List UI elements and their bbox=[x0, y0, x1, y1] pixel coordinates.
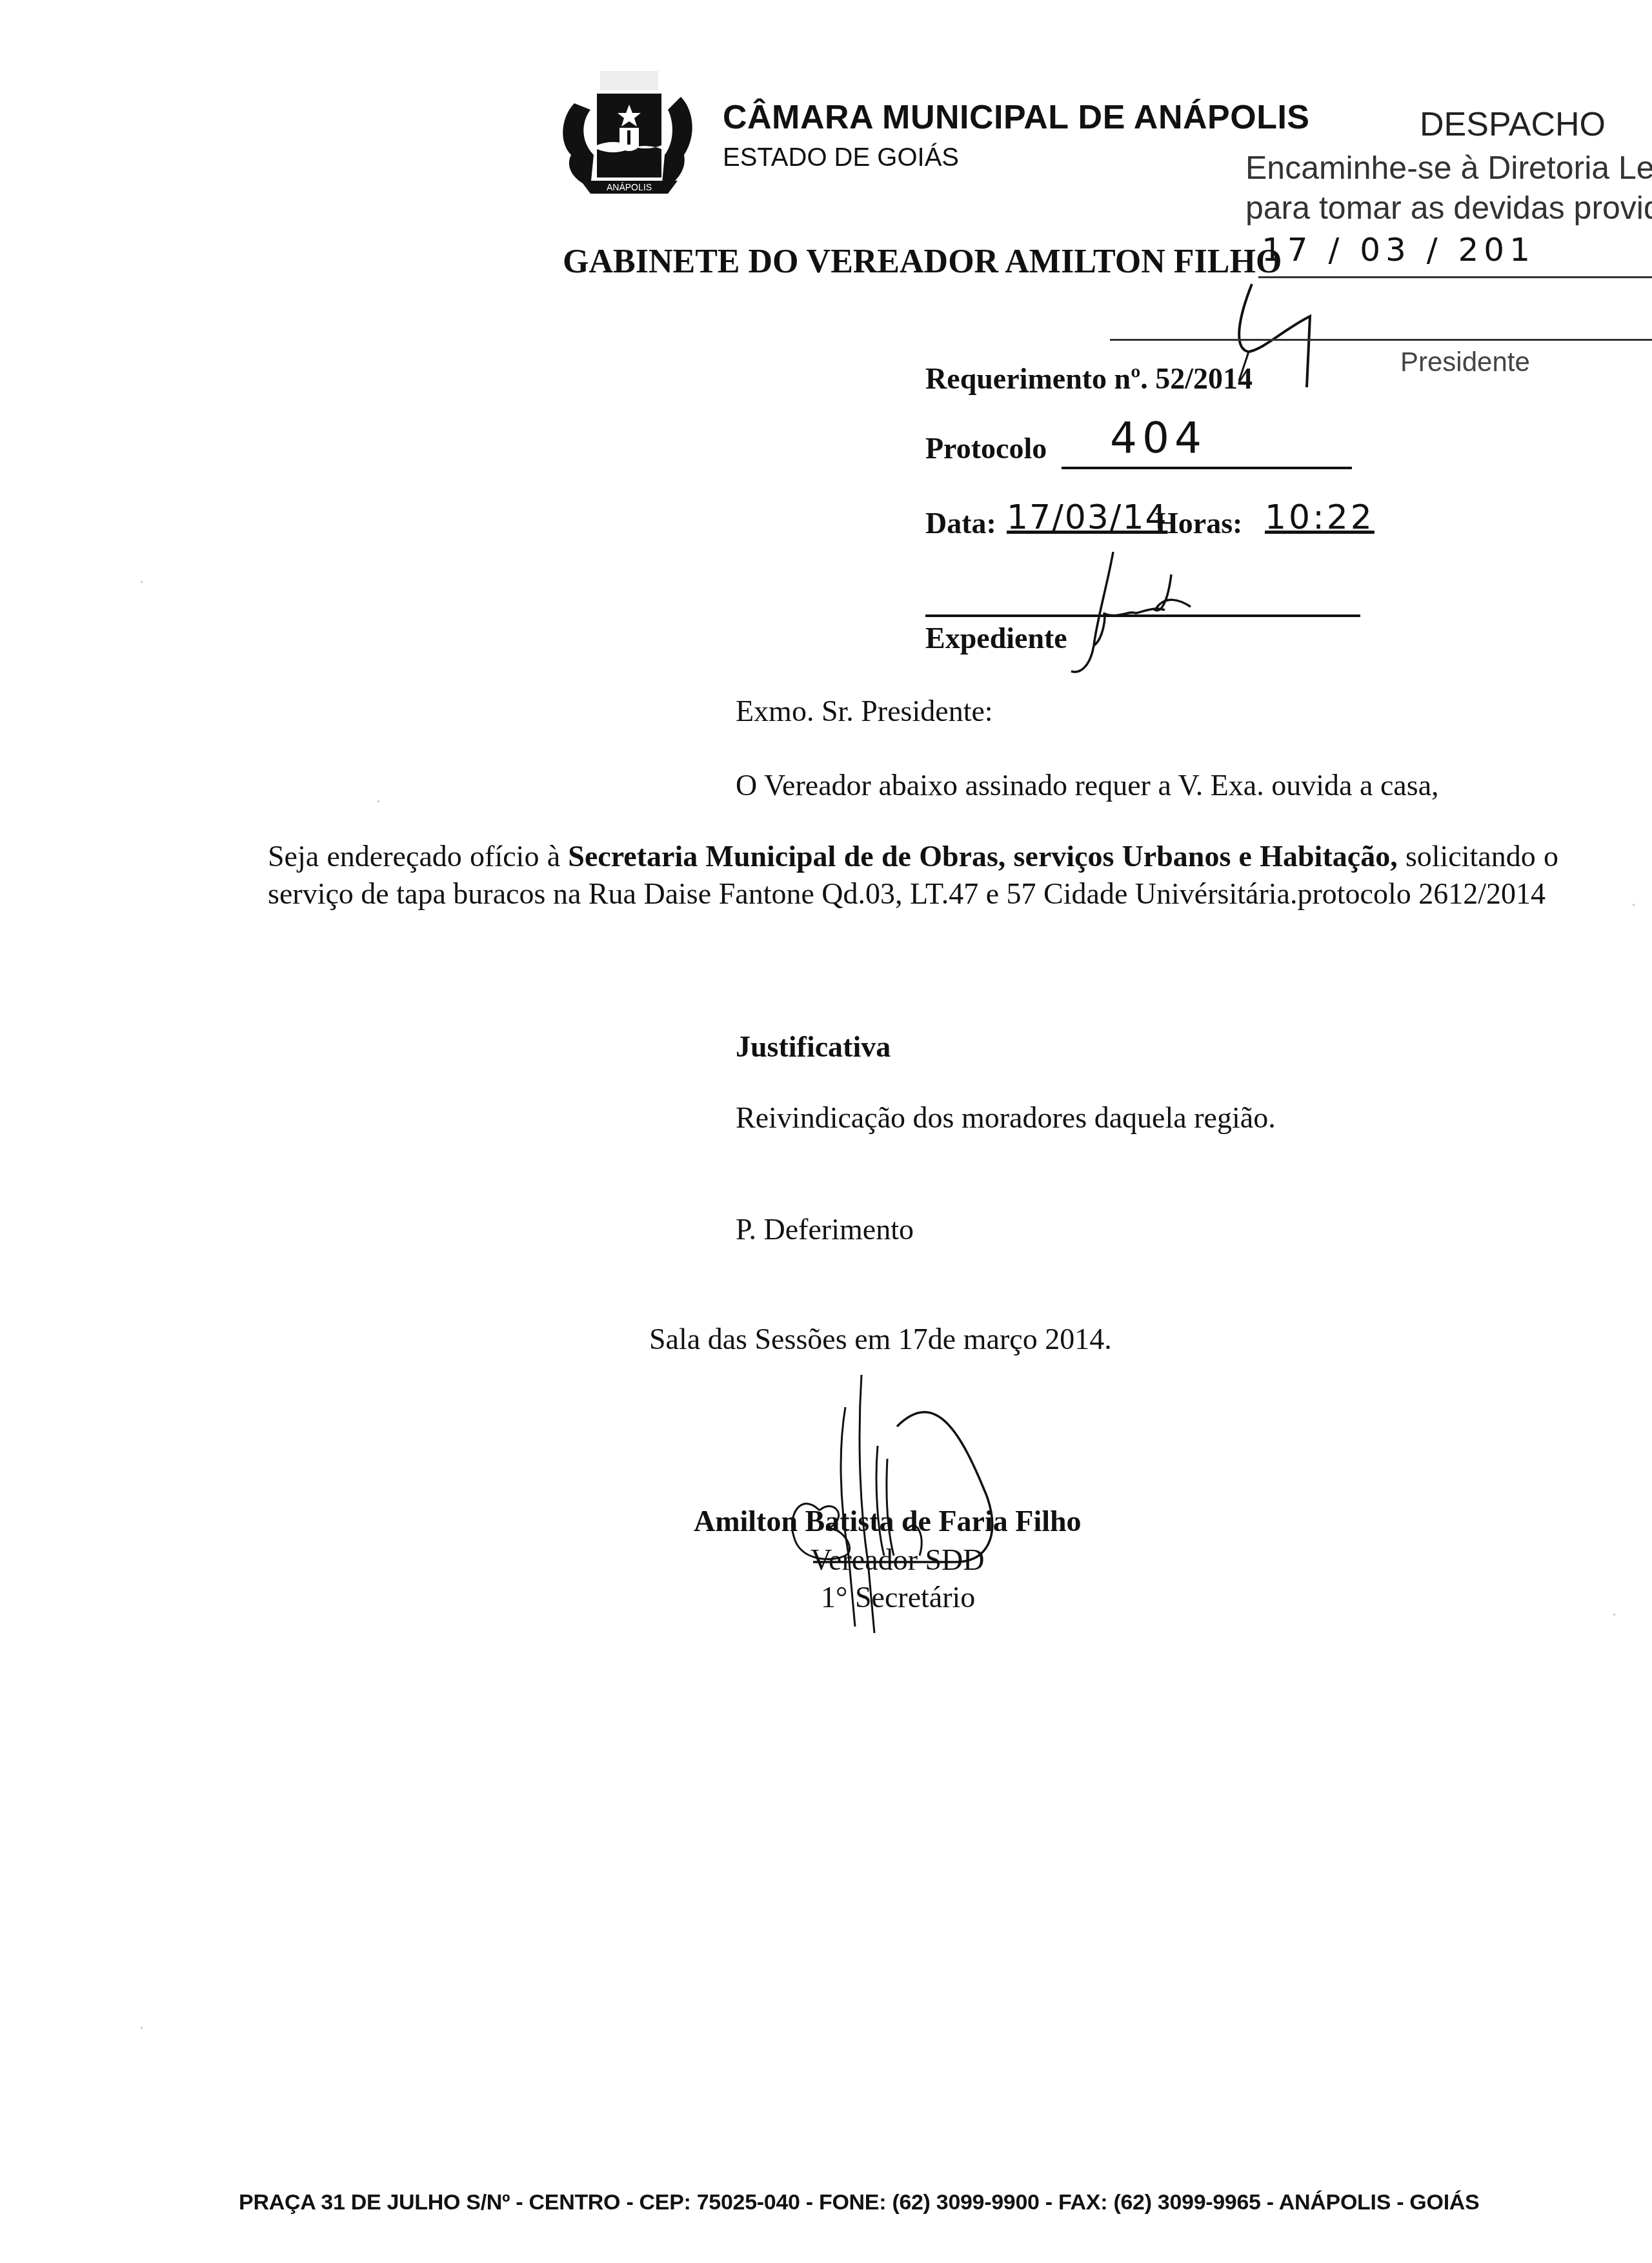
expediente-signature-icon bbox=[1058, 549, 1355, 678]
protocolo-rule bbox=[1062, 467, 1352, 469]
data-value-handwritten: 17/03/14 bbox=[1007, 498, 1168, 537]
closing: P. Deferimento bbox=[736, 1212, 914, 1246]
stamp-line-1: Encaminhe-se à Diretoria Legi bbox=[1245, 149, 1652, 187]
data-label: Data: bbox=[925, 506, 996, 540]
signer-office: 1° Secretário bbox=[821, 1580, 975, 1614]
scan-speck bbox=[378, 800, 379, 802]
president-label: Presidente bbox=[1400, 347, 1530, 378]
org-state: ESTADO DE GOIÁS bbox=[723, 143, 959, 172]
intro-text: O Vereador abaixo assinado requer a V. E… bbox=[736, 768, 1439, 802]
horas-label: Horas: bbox=[1155, 506, 1242, 540]
justification-text: Reivindicação dos moradores daquela regi… bbox=[736, 1101, 1276, 1135]
horas-value-handwritten: 10:22 bbox=[1265, 498, 1375, 537]
request-recipient: Secretaria Municipal de de Obras, serviç… bbox=[568, 840, 1397, 873]
protocolo-label: Protocolo bbox=[925, 431, 1047, 465]
coat-of-arms-icon: ANÁPOLIS bbox=[555, 58, 703, 207]
svg-text:ANÁPOLIS: ANÁPOLIS bbox=[607, 182, 652, 192]
request-prefix: Seja endereçado ofício à bbox=[268, 840, 568, 873]
stamp-title: DESPACHO bbox=[1420, 105, 1606, 144]
signer-name: Amilton Batista de Faria Filho bbox=[694, 1504, 1082, 1538]
president-signature-rule bbox=[1110, 339, 1652, 341]
stamp-line-2: para tomar as devidas providê bbox=[1245, 189, 1652, 227]
requerimento-number: Requerimento nº. 52/2014 bbox=[925, 361, 1253, 396]
expediente-label: Expediente bbox=[925, 621, 1067, 655]
scan-speck bbox=[1613, 1614, 1615, 1616]
justification-title: Justificativa bbox=[736, 1030, 891, 1064]
place-date: Sala das Sessões em 17de março 2014. bbox=[649, 1322, 1112, 1356]
scan-speck bbox=[141, 581, 143, 583]
request-paragraph: Seja endereçado ofício à Secretaria Muni… bbox=[268, 838, 1558, 913]
stamp-date-handwritten: 17 / 03 / 201 bbox=[1262, 231, 1649, 267]
org-name: CÂMARA MUNICIPAL DE ANÁPOLIS bbox=[723, 98, 1310, 137]
signer-role: Vereador SDD bbox=[811, 1543, 985, 1577]
expediente-rule bbox=[925, 614, 1360, 617]
scan-speck bbox=[1633, 904, 1635, 906]
footer-address: PRAÇA 31 DE JULHO S/Nº - CENTRO - CEP: 7… bbox=[239, 2190, 1479, 2215]
protocolo-value-handwritten: 404 bbox=[1110, 413, 1207, 463]
scan-speck bbox=[141, 2027, 143, 2029]
cabinet-title: GABINETE DO VEREADOR AMILTON FILHO bbox=[563, 243, 1282, 281]
salutation: Exmo. Sr. Presidente: bbox=[736, 694, 993, 728]
